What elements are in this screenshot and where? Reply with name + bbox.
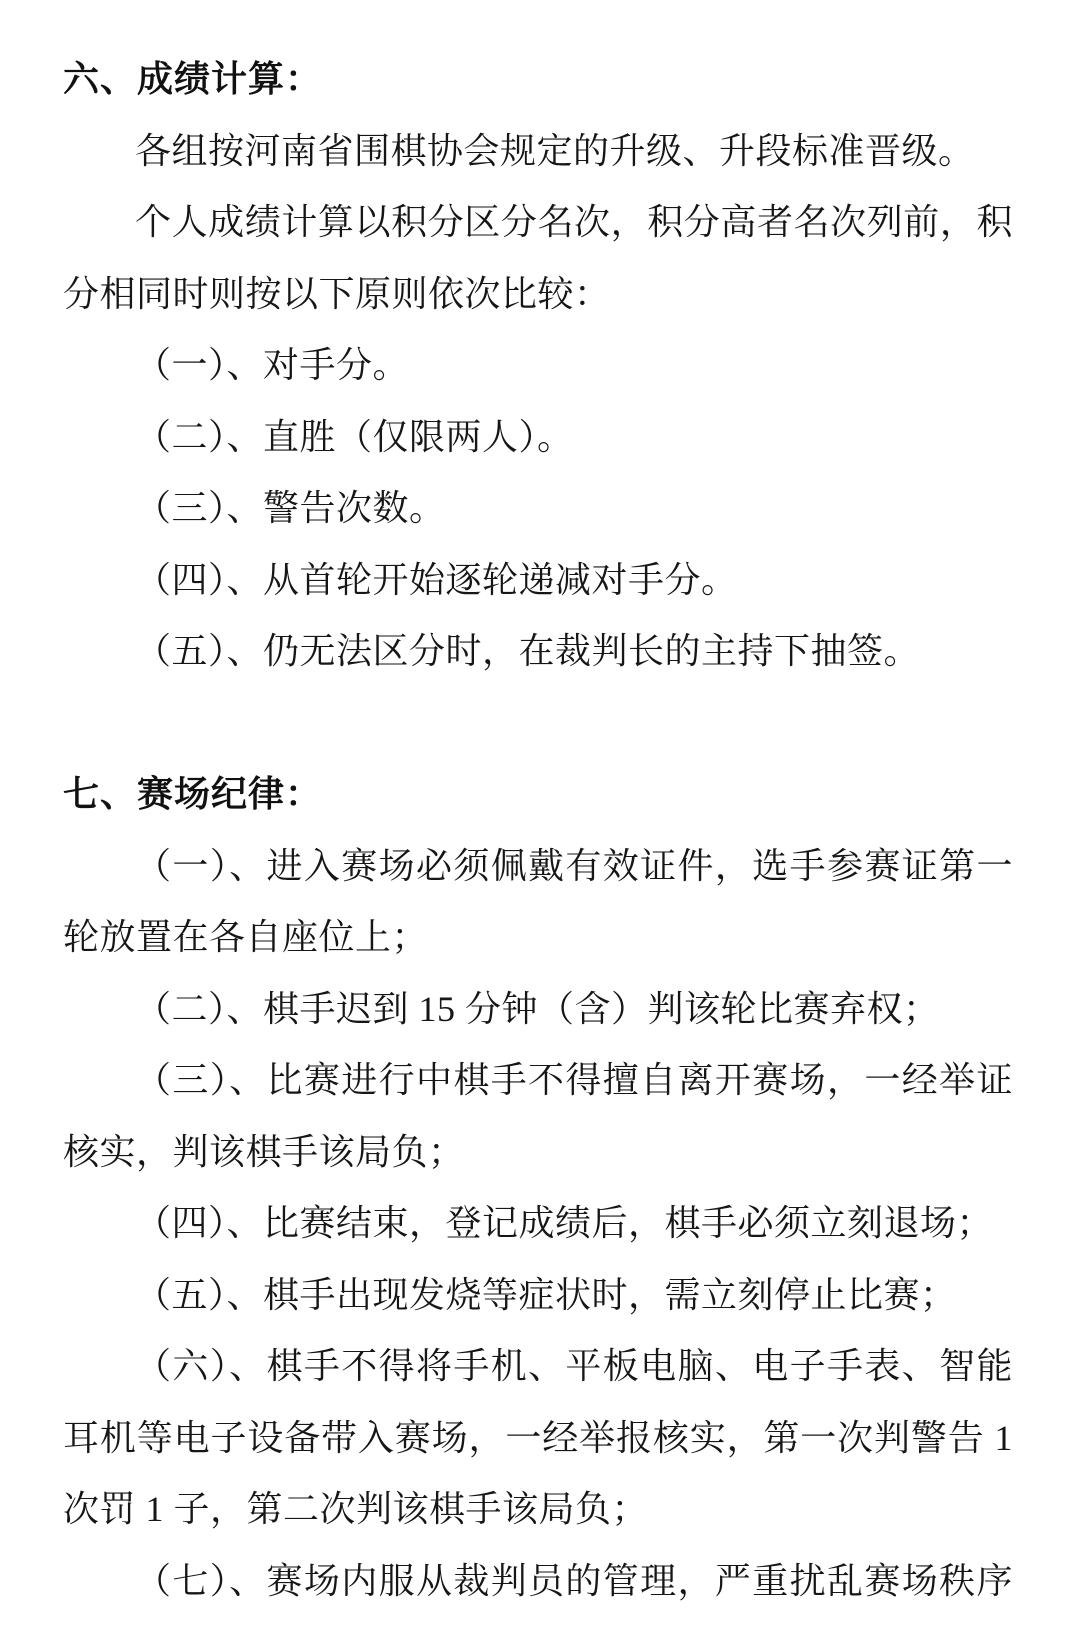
section-7-item-3-line-1: （三）、比赛进行中棋手不得擅自离开赛场，一经举证	[63, 1045, 1013, 1117]
section-spacer	[63, 688, 1013, 760]
section-7-item-3-line-2: 核实，判该棋手该局负；	[63, 1117, 1013, 1189]
section-7-item-4: （四）、比赛结束，登记成绩后，棋手必须立刻退场；	[63, 1188, 1013, 1260]
section-6-list-item-4: （四）、从首轮开始逐轮递减对手分。	[63, 545, 1013, 617]
section-6-list-item-5: （五）、仍无法区分时，在裁判长的主持下抽签。	[63, 616, 1013, 688]
section-6-heading: 六、成绩计算：	[63, 44, 1013, 116]
section-7-item-1-line-2: 轮放置在各自座位上；	[63, 902, 1013, 974]
section-7-item-6-line-3: 次罚 1 子，第二次判该棋手该局负；	[63, 1474, 1013, 1546]
section-6-para-ranking-line-2: 分相同时则按以下原则依次比较：	[63, 259, 1013, 331]
section-7-item-6-line-2: 耳机等电子设备带入赛场，一经举报核实，第一次判警告 1	[63, 1403, 1013, 1475]
document-text-block: 六、成绩计算： 各组按河南省围棋协会规定的升级、升段标准晋级。 个人成绩计算以积…	[63, 44, 1013, 1617]
section-6-para-promotion: 各组按河南省围棋协会规定的升级、升段标准晋级。	[63, 116, 1013, 188]
section-7-item-1-line-1: （一）、进入赛场必须佩戴有效证件，选手参赛证第一	[63, 831, 1013, 903]
section-6-list-item-1: （一）、对手分。	[63, 330, 1013, 402]
document-page: 六、成绩计算： 各组按河南省围棋协会规定的升级、升段标准晋级。 个人成绩计算以积…	[0, 0, 1092, 1647]
section-6-para-ranking-line-1: 个人成绩计算以积分区分名次，积分高者名次列前，积	[63, 187, 1013, 259]
section-6-list-item-2: （二）、直胜（仅限两人）。	[63, 402, 1013, 474]
section-7-item-7-line-1: （七）、赛场内服从裁判员的管理，严重扰乱赛场秩序	[63, 1546, 1013, 1618]
section-7-heading: 七、赛场纪律：	[63, 759, 1013, 831]
section-6-list-item-3: （三）、警告次数。	[63, 473, 1013, 545]
section-7-item-5: （五）、棋手出现发烧等症状时，需立刻停止比赛；	[63, 1260, 1013, 1332]
section-7-item-2: （二）、棋手迟到 15 分钟（含）判该轮比赛弃权；	[63, 974, 1013, 1046]
section-7-item-6-line-1: （六）、棋手不得将手机、平板电脑、电子手表、智能	[63, 1331, 1013, 1403]
